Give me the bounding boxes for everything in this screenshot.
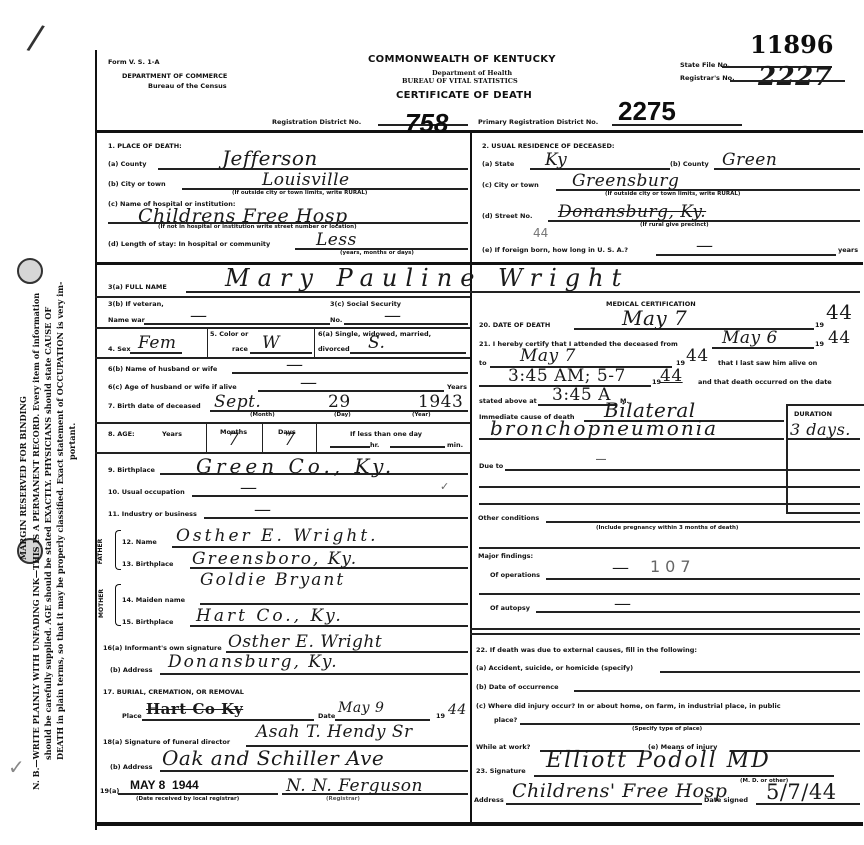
certificate-title: CERTIFICATE OF DEATH <box>396 90 532 101</box>
marital-value[interactable]: S. <box>368 333 385 353</box>
accident-label: (a) Accident, suicide, or homicide (spec… <box>476 664 633 672</box>
mother-birthplace-value[interactable]: Hart Co., Ky. <box>196 606 344 626</box>
war-value[interactable]: — <box>190 306 208 326</box>
birth-date-label: 7. Birth date of deceased <box>108 402 201 410</box>
father-birthplace-label: 13. Birthplace <box>122 560 173 568</box>
funeral-director-label: 18(a) Signature of funeral director <box>103 738 230 746</box>
informant-address-label: (b) Address <box>110 666 153 674</box>
spouse-age-value[interactable]: — <box>300 373 318 393</box>
operations-code: 107 <box>650 557 696 576</box>
res-county-label: (b) County <box>670 160 709 168</box>
attended-to-value[interactable]: May 7 <box>520 346 576 366</box>
death-county-value[interactable]: Jefferson <box>222 146 318 170</box>
spouse-age-unit: Years <box>447 383 467 391</box>
center-divider <box>470 132 472 822</box>
res-state-value[interactable]: Ky <box>545 150 567 170</box>
foreign-born-label: (e) If foreign born, how long in U. S. A… <box>482 246 628 254</box>
residence-heading: 2. USUAL RESIDENCE OF DECEASED: <box>482 142 614 150</box>
father-side-label: FATHER <box>97 539 104 564</box>
age-label: 8. AGE: <box>108 430 135 438</box>
foreign-born-unit: years <box>838 246 858 254</box>
place-of-death-heading: 1. PLACE OF DEATH: <box>108 142 182 150</box>
where-injury-label: (c) Where did injury occur? In or about … <box>476 702 781 710</box>
father-name-label: 12. Name <box>122 538 157 546</box>
registrar-caption: (Registrar) <box>326 796 360 802</box>
mother-maiden-value[interactable]: Goldie Bryant <box>200 570 345 590</box>
city-label: (b) City or town <box>108 180 166 188</box>
funeral-director-signature[interactable]: Asah T. Hendy Sr <box>256 722 413 742</box>
race-label: 5. Color or <box>210 330 248 338</box>
stay-label: (d) Length of stay: In hospital or commu… <box>108 240 270 248</box>
bureau-vital-stats: BUREAU OF VITAL STATISTICS <box>402 77 518 85</box>
attended-to-label: to <box>479 359 487 367</box>
attended-from-value[interactable]: May 6 <box>722 328 778 348</box>
last-saw-label: that I last saw him alive on <box>718 359 817 367</box>
dept-health: Department of Health <box>432 69 512 77</box>
while-at-work-label: While at work? <box>476 743 530 751</box>
informant-address-value[interactable]: Donansburg, Ky. <box>168 652 339 672</box>
bottom-rule <box>95 822 863 826</box>
date-of-death-value[interactable]: May 7 <box>622 306 687 330</box>
res-county-value[interactable]: Green <box>722 150 777 170</box>
birth-month-value[interactable]: Sept. <box>214 392 261 412</box>
registrar-number: 2227 <box>758 62 832 92</box>
duration-label: DURATION <box>794 410 832 418</box>
form-number: Form V. S. 1-A <box>108 58 159 66</box>
margin-instructions-1: N. B.—WRITE PLAINLY WITH UNFADING INK—TH… <box>31 293 42 790</box>
duration-box-border <box>786 404 788 512</box>
res-state-label: (a) State <box>482 160 514 168</box>
due-to-label: Due to <box>479 462 503 470</box>
father-name-value[interactable]: Osther E. Wright. <box>176 526 379 546</box>
binding-hole-top <box>17 258 43 284</box>
spouse-age-label: 6(c) Age of husband or wife if alive <box>108 383 237 391</box>
death-year-value[interactable]: 44 <box>826 300 852 324</box>
check-mark-icon: ✓ <box>440 480 449 493</box>
occupation-label: 10. Usual occupation <box>108 488 185 496</box>
stated-above-label: stated above at <box>479 397 537 405</box>
major-findings-label: Major findings: <box>478 552 533 560</box>
res-street-label: (d) Street No. <box>482 212 532 220</box>
war-label: Name war <box>108 316 145 324</box>
time-of-death-value[interactable]: 3:45 A <box>552 385 611 405</box>
burial-place-value[interactable]: Hart Co Ky <box>146 700 243 718</box>
physician-address-value[interactable]: Childrens' Free Hosp <box>512 780 727 802</box>
bureau-census: Bureau of the Census <box>148 82 227 90</box>
occurred-label: and that death occurred on the date <box>698 378 832 386</box>
foreign-born-value[interactable]: — <box>696 236 714 256</box>
external-heading: 22. If death was due to external causes,… <box>476 646 697 654</box>
res-city-value[interactable]: Greensburg <box>572 171 679 191</box>
industry-value[interactable]: — <box>254 500 272 520</box>
place-label: place? <box>494 716 517 724</box>
father-birthplace-value[interactable]: Greensboro, Ky. <box>192 549 358 569</box>
county-label: (a) County <box>108 160 146 168</box>
ssn-no-label: No. <box>330 316 342 324</box>
attended-from-year-prefix: 19 <box>815 340 824 348</box>
physician-address-label: Address <box>474 796 504 804</box>
date-of-death-label: 20. DATE OF DEATH <box>479 321 550 329</box>
received-caption: (Date received by local registrar) <box>136 796 239 802</box>
stay-value[interactable]: Less <box>316 230 357 250</box>
spouse-name-label: 6(b) Name of husband or wife <box>108 365 217 373</box>
commonwealth-title: COMMONWEALTH OF KENTUCKY <box>368 54 556 65</box>
cause-line2[interactable]: bronchopneumonia <box>490 416 718 440</box>
margin-instructions-4: portant. <box>67 423 78 460</box>
occurrence-label: (b) Date of occurrence <box>476 683 558 691</box>
full-name-label: 3(a) FULL NAME <box>108 283 167 291</box>
birth-year-value[interactable]: 1943 <box>418 392 463 412</box>
less-than-day-label: If less than one day <box>350 430 422 438</box>
other-conditions-label: Other conditions <box>478 514 539 522</box>
mother-birthplace-label: 15. Birthplace <box>122 618 173 626</box>
res-margin-note: 44 <box>533 226 548 240</box>
res-street-value[interactable]: Donansburg, Ky. <box>558 202 706 222</box>
last-saw-year[interactable]: 44 <box>660 366 683 386</box>
ssn-value[interactable]: — <box>384 306 402 326</box>
other-conditions-note: (Include pregnancy within 3 months of de… <box>596 525 738 531</box>
informant-label: 16(a) Informant's own signature <box>103 644 222 652</box>
attended-label: 21. I hereby certify that I attended the… <box>479 340 678 348</box>
month-caption: (Month) <box>250 412 275 418</box>
age-years-label: Years <box>162 430 182 438</box>
race-label-2: race <box>232 345 248 353</box>
dept-commerce: DEPARTMENT OF COMMERCE <box>122 72 227 80</box>
city-note: (If outside city or town limits, write R… <box>232 190 367 196</box>
mother-maiden-label: 14. Maiden name <box>122 596 185 604</box>
mother-side-label: MOTHER <box>98 589 105 618</box>
state-file-label: State File No. <box>680 61 730 69</box>
due-to-value[interactable]: — <box>596 454 606 465</box>
place-note: (Specify type of place) <box>632 726 702 732</box>
death-city-value[interactable]: Louisville <box>262 170 350 190</box>
header-rule <box>95 130 863 133</box>
age-months-value[interactable]: 7 <box>228 430 239 450</box>
burial-year-prefix: 19 <box>436 712 445 720</box>
age-days-value[interactable]: 7 <box>284 430 295 450</box>
reg-district-label: Registration District No. <box>272 118 361 126</box>
res-street-note: (If rural give precinct) <box>640 222 709 228</box>
date-signed-label: Date signed <box>704 796 748 804</box>
death-year-prefix: 19 <box>815 321 824 329</box>
day-caption: (Day) <box>334 412 351 418</box>
attended-from-year[interactable]: 44 <box>828 328 851 348</box>
burial-place-label: Place <box>122 712 142 720</box>
stay-note: (years, months or days) <box>340 250 414 256</box>
minutes-label: min. <box>447 441 463 449</box>
birth-day-value[interactable]: 29 <box>328 392 351 412</box>
state-file-number: 11896 <box>750 30 834 59</box>
res-city-label: (c) City or town <box>482 181 539 189</box>
fd-address-label: (b) Address <box>110 763 153 771</box>
year-caption: (Year) <box>412 412 431 418</box>
burial-year-value[interactable]: 44 <box>448 702 467 718</box>
received-label: 19(a) <box>100 787 119 795</box>
spouse-name-value[interactable]: — <box>286 355 304 375</box>
primary-district-number: 2275 <box>618 96 676 127</box>
attended-to-year[interactable]: 44 <box>686 346 709 366</box>
physician-signature[interactable]: Elliott Podoll MD <box>546 748 771 773</box>
last-saw-value[interactable]: 3:45 AM; 5-7 <box>508 366 626 386</box>
sex-label: 4. Sex <box>108 345 131 353</box>
veteran-label: 3(b) If veteran, <box>108 300 164 308</box>
received-date-stamp[interactable]: MAY 8 1944 <box>130 778 199 792</box>
autopsy-label: Of autopsy <box>490 604 530 612</box>
margin-binding-note: MARGIN RESERVED FOR BINDING <box>18 396 29 560</box>
reg-district-number: 758 <box>405 108 448 139</box>
margin-instructions-3: DEATH in plain terms, so that it may be … <box>55 282 66 760</box>
primary-district-label: Primary Registration District No. <box>478 118 598 126</box>
date-signed-value[interactable]: 5/7/44 <box>766 780 837 804</box>
check-mark-icon: ✓ <box>8 755 25 779</box>
fd-address-value[interactable]: Oak and Schiller Ave <box>162 746 384 770</box>
registrar-label: Registrar's No. <box>680 74 735 82</box>
operations-value[interactable]: — <box>612 558 630 578</box>
check-mark-icon: / <box>25 17 46 59</box>
full-name-value[interactable]: Mary Pauline Wright <box>225 264 629 292</box>
occupation-value[interactable]: — <box>240 478 258 498</box>
informant-signature[interactable]: Osther E. Wright <box>228 632 382 652</box>
sex-value[interactable]: Fem <box>138 333 177 353</box>
birthplace-value[interactable]: Green Co., Ky. <box>196 454 395 478</box>
birthplace-label: 9. Birthplace <box>108 466 155 474</box>
margin-instructions-2: should be carefully supplied. AGE should… <box>43 307 54 760</box>
race-value[interactable]: W <box>262 333 280 353</box>
burial-heading: 17. BURIAL, CREMATION, OR REMOVAL <box>103 688 244 696</box>
hours-label: hr. <box>370 441 379 449</box>
physician-signature-label: 23. Signature <box>476 767 526 775</box>
industry-label: 11. Industry or business <box>108 510 197 518</box>
res-city-note: (If outside city or town limits, write R… <box>605 191 740 197</box>
autopsy-value[interactable]: — <box>614 594 632 614</box>
operations-label: Of operations <box>490 571 540 579</box>
duration-value[interactable]: 3 days. <box>790 420 851 439</box>
marital-label-2: divorced <box>318 345 350 353</box>
registrar-signature[interactable]: N. N. Ferguson <box>286 776 423 796</box>
burial-date-value[interactable]: May 9 <box>338 700 384 716</box>
burial-date-label: Date <box>318 712 335 720</box>
